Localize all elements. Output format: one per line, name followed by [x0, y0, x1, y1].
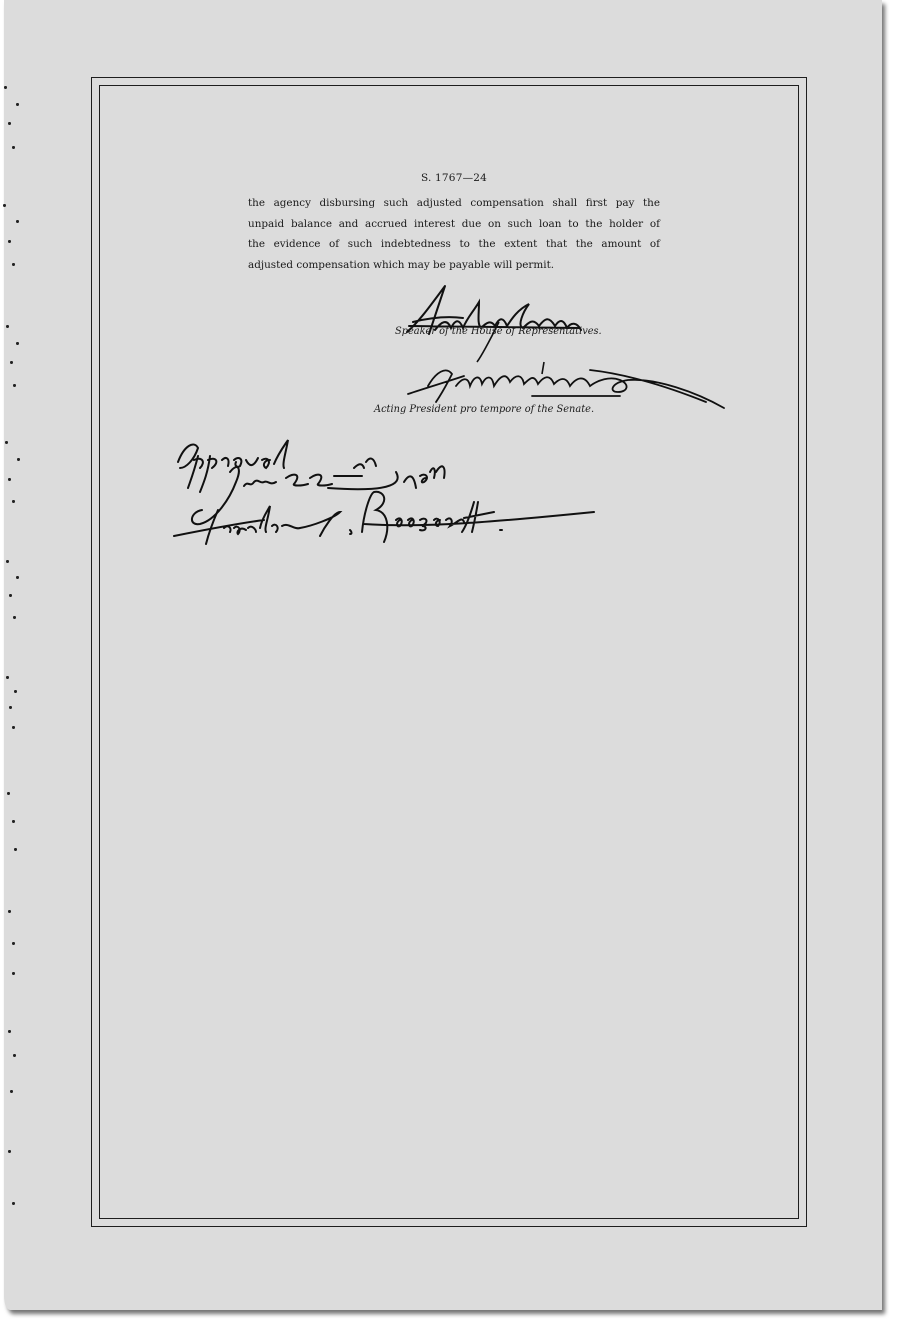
paragraph-line: adjusted compensation which may be payab… [248, 255, 660, 276]
paragraph-line: the evidence of such indebtedness to the… [248, 234, 660, 255]
bill-page-header: S. 1767—24 [248, 172, 660, 184]
senate-signature [406, 352, 736, 432]
speaker-signature [399, 282, 639, 362]
presidential-approval-handwriting: Franklin D. Roosevelt [164, 432, 624, 572]
senate-caption: Acting President pro tempore of the Sena… [374, 404, 594, 415]
paragraph-line: unpaid balance and accrued interest due … [248, 214, 660, 235]
document-page: S. 1767—24 the agency disbursing such ad… [4, 0, 882, 1310]
paragraph-line: the agency disbursing such adjusted comp… [248, 193, 660, 214]
speaker-caption: Speaker of the House of Representatives. [395, 326, 602, 337]
bill-paragraph: the agency disbursing such adjusted comp… [248, 193, 660, 275]
